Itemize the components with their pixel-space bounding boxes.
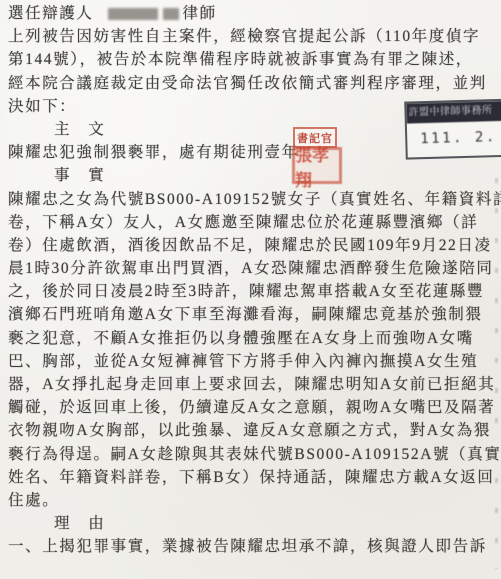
- facts-line: 陳耀忠之女為代號BS000-A109152號女子（真實姓名、年籍資料詳: [8, 188, 501, 211]
- redaction-block: [163, 8, 179, 20]
- facts-line: 衣物親吻A女胸部，以此強暴、違反A女意願之方式，對A女為猥: [8, 419, 501, 442]
- redacted-attorney-name: [108, 8, 179, 20]
- judgment-document-page: 選任辯護人律師 上列被告因妨害性自主案件，經檢察官提起公訴（110年度偵字 第1…: [0, 0, 501, 579]
- clerk-name-seal: 張孝翔: [292, 147, 342, 184]
- facts-line: 褻之犯意，不顧A女推拒仍以身體強壓在A女身上而強吻A女嘴: [8, 327, 501, 350]
- section-heading-reasons: 理 由: [8, 512, 501, 535]
- facts-line: 器，A女掙扎起身走回車上要求回去，陳耀忠明知A女前已拒絕其: [8, 373, 501, 396]
- defense-counsel-line: 選任辯護人律師: [8, 2, 501, 25]
- facts-line: 褻行為得逞。嗣A女趁隙與其表妹代號BS000-A109152A號（真實: [8, 443, 501, 466]
- page-edge-artifact: [495, 178, 498, 569]
- facts-line: 觸碰，於返回車上後，仍續違反A女之意願，親吻A女嘴巴及隔著: [8, 396, 501, 419]
- law-office-received-stamp: 許盟中律師事務所 111. 2. 1: [404, 98, 501, 159]
- facts-line: 卷）住處飲酒，酒後因飲品不足，陳耀忠於民國109年9月22日凌: [8, 234, 501, 257]
- received-stamp-date: 111. 2. 1: [407, 120, 501, 155]
- facts-line: 卷，下稱A女）友人，A女應邀至陳耀忠位於花蓮縣豐濱鄉（詳: [8, 211, 501, 234]
- defense-counsel-label: 選任辯護人: [8, 5, 94, 22]
- intro-line: 上列被告因妨害性自主案件，經檢察官提起公訴（110年度偵字: [8, 25, 501, 48]
- intro-line: 第144號），被告於本院準備程序時就被訴事實為有罪之陳述，: [8, 48, 501, 71]
- facts-line: 濱鄉石門班哨角邀A女下車至海灘看海，嗣陳耀忠竟基於強制猥: [8, 303, 501, 326]
- facts-line: 姓名、年籍資料詳卷，下稱B女）保持通話，陳耀忠方載A女返回: [8, 466, 501, 489]
- attorney-suffix: 律師: [183, 5, 217, 22]
- redaction-block: [108, 8, 158, 20]
- facts-line: 之，後於同日凌晨2時至3時許，陳耀忠駕車搭載A女至花蓮縣豐: [8, 280, 501, 303]
- facts-line: 晨1時30分許欲駕車出門買酒，A女恐陳耀忠酒醉發生危險遂陪同: [8, 257, 501, 280]
- reasons-line: 一、上揭犯罪事實，業據被告陳耀忠坦承不諱，核與證人即告訴: [8, 535, 501, 558]
- facts-line: 巴、胸部，並從A女短褲褲管下方將手伸入內褲內撫摸A女生殖: [8, 350, 501, 373]
- facts-line: 住處。: [8, 489, 501, 512]
- received-stamp-office-name: 許盟中律師事務所: [406, 100, 501, 123]
- intro-line: 經本院合議庭裁定由受命法官獨任改依簡式審判程序審理，並判: [8, 72, 501, 95]
- section-heading-facts: 事 實: [8, 164, 501, 187]
